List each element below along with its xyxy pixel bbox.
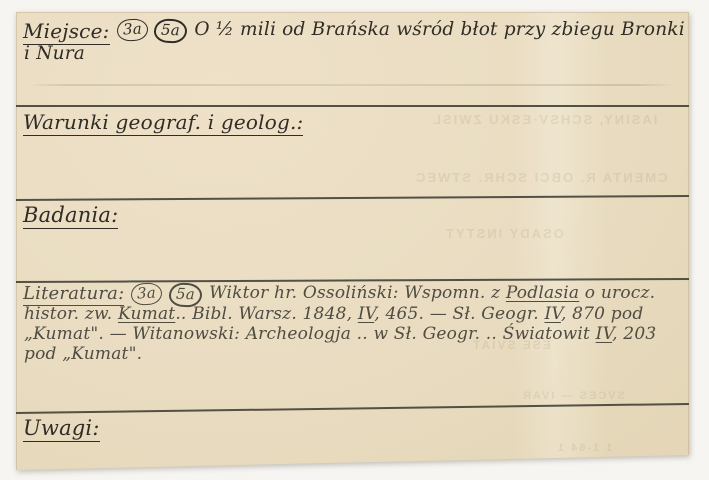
index-card: Miejsce: 3a 5a O ½ mili od Brańska wśród… <box>16 12 689 471</box>
field-label-badania: Badania: <box>23 203 118 227</box>
section-miejsce: Miejsce: 3a 5a O ½ mili od Brańska wśród… <box>23 19 685 45</box>
miejsce-text-line1: O ½ mili od Brańska wśród błot przy zbie… <box>194 19 685 40</box>
ref-badge-3a: 3a <box>131 282 163 306</box>
faint-erased-rule <box>28 84 674 86</box>
ref-badge-3a: 3a <box>116 18 148 42</box>
ref-badge-5a: 5a <box>154 18 188 43</box>
scan-background: Miejsce: 3a 5a O ½ mili od Brańska wśród… <box>0 0 709 480</box>
field-label-warunki: Warunki geograf. i geolog.: <box>23 110 303 134</box>
bleedthrough-text: 1 1-64 1 <box>556 442 612 454</box>
field-label-miejsce: Miejsce: <box>23 19 110 45</box>
bleedthrough-text: OSADY INSTYT <box>444 226 564 241</box>
literatura-text-line2: histor. zw. Kumat.. Bibl. Warsz. 1848, I… <box>24 304 643 324</box>
section-divider-4 <box>16 403 689 414</box>
badania-label-text: Badania: <box>23 203 118 229</box>
index-card-wrapper: Miejsce: 3a 5a O ½ mili od Brańska wśród… <box>16 12 689 471</box>
warunki-label-text: Warunki geograf. i geolog.: <box>23 110 303 136</box>
bleedthrough-text: CMENTA R. OBCI SCHR. STWEC <box>414 170 668 185</box>
literatura-text-line4: pod „Kumat". <box>24 344 142 364</box>
miejsce-text-line2: i Nura <box>24 43 85 64</box>
bleedthrough-text: ESE SVIAT <box>471 338 551 352</box>
uwagi-label-text: Uwagi: <box>23 416 100 442</box>
field-label-literatura: Literatura: <box>23 283 124 306</box>
section-divider-1 <box>16 105 689 107</box>
literatura-text-line1: Wiktor hr. Ossoliński: Wspomn. z Podlasi… <box>209 283 655 303</box>
bleedthrough-text: SVCES — IVAR <box>521 390 625 402</box>
literatura-text-line3: „Kumat". — Witanowski: Archeologja .. w … <box>24 324 656 344</box>
field-label-uwagi: Uwagi: <box>23 416 100 440</box>
bleedthrough-text: IASINY, SCHSV·ESKU ZWISL <box>431 112 657 127</box>
section-divider-2 <box>16 195 689 201</box>
